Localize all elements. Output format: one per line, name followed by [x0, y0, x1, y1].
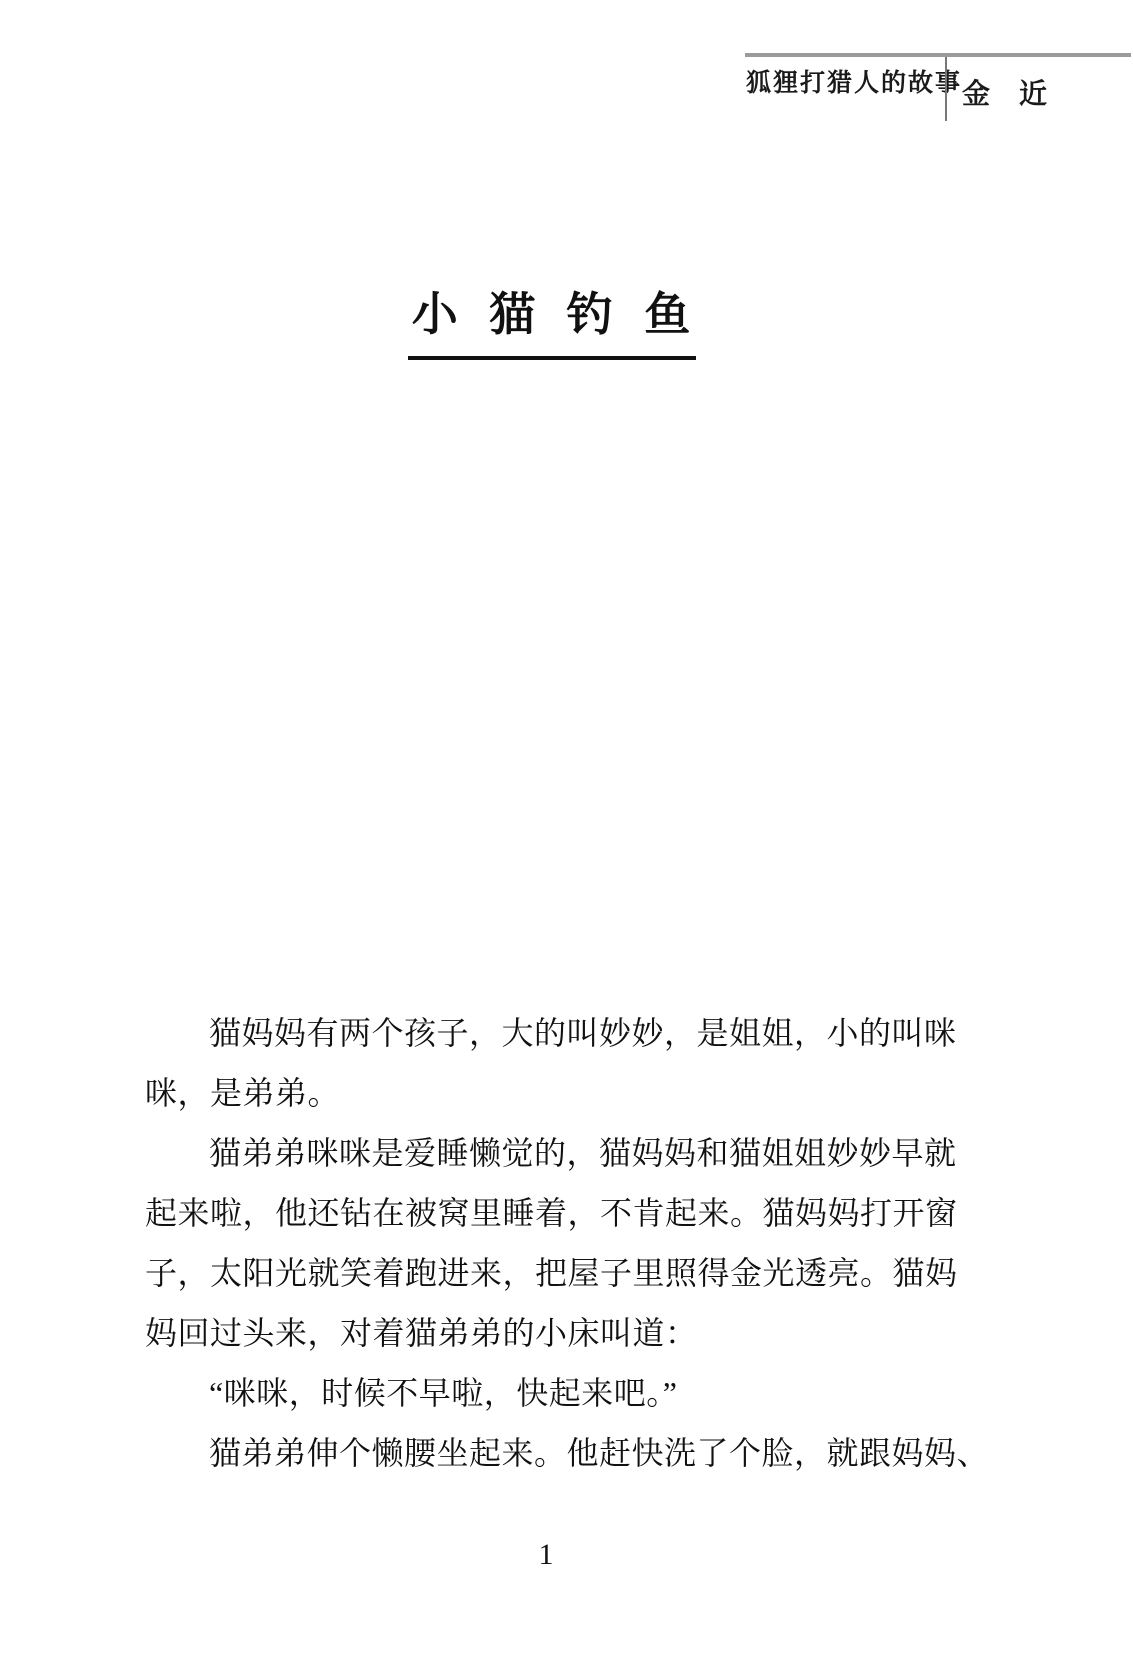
- body-line: 起来啦，他还钻在被窝里睡着，不肯起来。猫妈妈打开窗: [145, 1183, 937, 1243]
- chapter-title: 小 猫 钓 鱼: [408, 286, 697, 360]
- header-rule: [745, 53, 1131, 57]
- body-line: 子，太阳光就笑着跑进来，把屋子里照得金光透亮。猫妈: [145, 1243, 937, 1303]
- running-header-book-title: 狐狸打猎人的故事: [746, 66, 962, 102]
- footer: 1: [0, 1537, 1092, 1573]
- body-line: 猫妈妈有两个孩子，大的叫妙妙，是姐姐，小的叫咪: [145, 1003, 937, 1063]
- body-line: 咪，是弟弟。: [145, 1063, 937, 1123]
- body-line: 猫弟弟伸个懒腰坐起来。他赶快洗了个脸，就跟妈妈、: [145, 1423, 937, 1483]
- page-number: 1: [539, 1537, 554, 1573]
- body-line: “咪咪，时候不早啦，快起来吧。”: [145, 1363, 937, 1423]
- header-divider: [945, 57, 947, 121]
- body-line: 猫弟弟咪咪是爱睡懒觉的，猫妈妈和猫姐姐妙妙早就: [145, 1123, 937, 1183]
- running-header-author: 金 近: [962, 76, 1047, 114]
- chapter-title-wrap: 小 猫 钓 鱼: [0, 286, 1104, 360]
- body-line: 妈回过头来，对着猫弟弟的小床叫道：: [145, 1303, 937, 1363]
- book-page: 狐狸打猎人的故事 金 近 小 猫 钓 鱼 猫妈妈有两个孩子，大的叫妙妙，是姐姐，…: [0, 0, 1134, 1653]
- body-text: 猫妈妈有两个孩子，大的叫妙妙，是姐姐，小的叫咪 咪，是弟弟。 猫弟弟咪咪是爱睡懒…: [145, 1003, 937, 1483]
